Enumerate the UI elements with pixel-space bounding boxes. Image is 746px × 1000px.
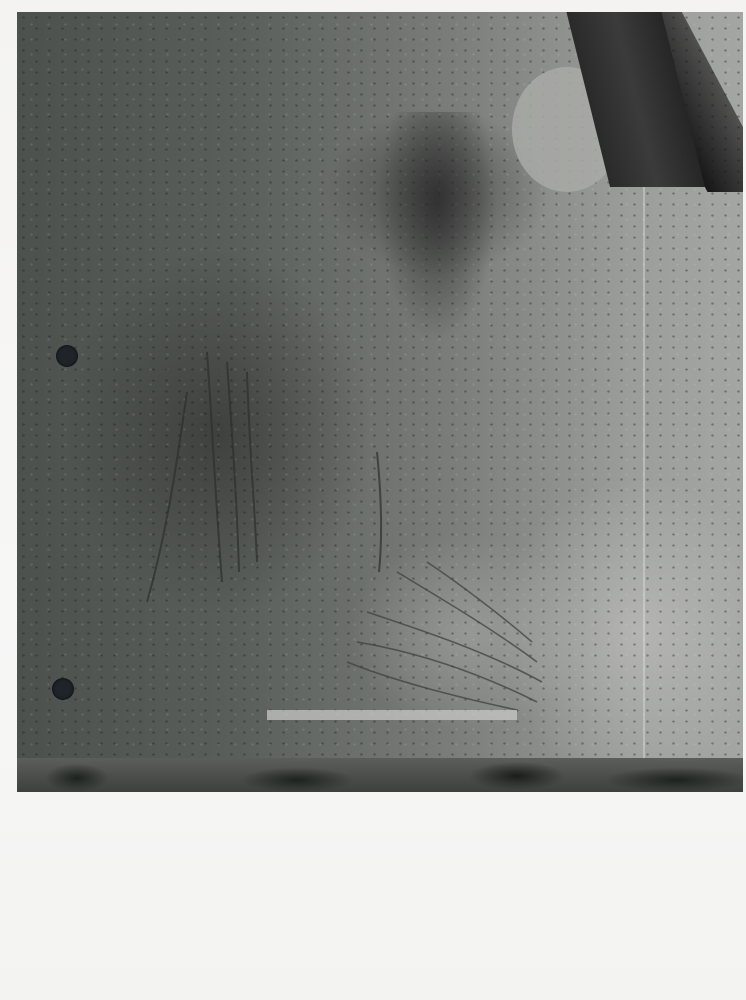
photograph — [17, 12, 743, 792]
drapery-sketch — [337, 552, 547, 712]
vertical-crack — [643, 187, 645, 787]
damaged-plinth — [17, 758, 743, 792]
punch-hole-top — [56, 345, 78, 367]
mounting-card — [0, 0, 746, 1000]
plaster-loss-area — [377, 112, 497, 342]
painted-ledge — [267, 710, 517, 720]
punch-hole-bottom — [52, 678, 74, 700]
